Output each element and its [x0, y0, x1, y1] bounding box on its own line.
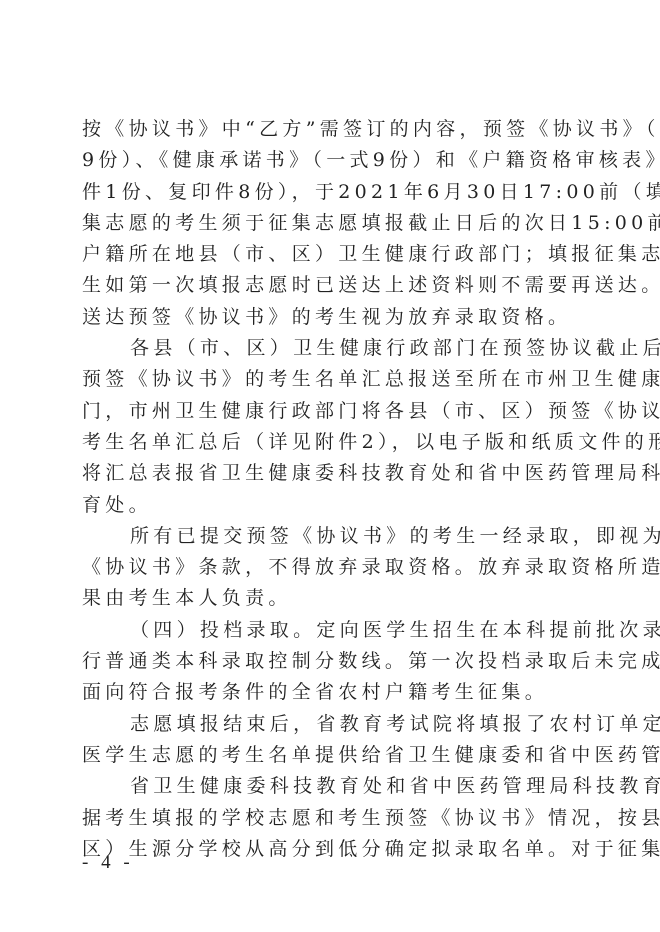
text-line: 9份）、《健康承诺书》（一式9份）和《户籍资格审核表》（原: [82, 145, 582, 176]
text-line: 所有已提交预签《协议书》的考生一经录取，即视为同意该: [82, 521, 582, 552]
text-line: 按《协议书》中“乙方”需签订的内容，预签《协议书》（一式: [82, 114, 582, 145]
text-line: 果由考生本人负责。: [82, 583, 582, 614]
text-line: 省卫生健康委科技教育处和省中医药管理局科技教育处根: [82, 771, 582, 802]
document-body: 按《协议书》中“乙方”需签订的内容，预签《协议书》（一式9份）、《健康承诺书》（…: [82, 114, 582, 865]
text-line: 集志愿的考生须于征集志愿填报截止日后的次日15:00前）送达: [82, 208, 582, 239]
text-line: 将汇总表报省卫生健康委科技教育处和省中医药管理局科技教: [82, 458, 582, 489]
text-line: 医学生志愿的考生名单提供给省卫生健康委和省中医药管理局。: [82, 740, 582, 771]
text-line: 行普通类本科录取控制分数线。第一次投档录取后未完成的计划: [82, 646, 582, 677]
text-line: 件1份、复印件8份），于2021年6月30日17:00前（填报征: [82, 177, 582, 208]
text-line: 户籍所在地县（市、区）卫生健康行政部门；填报征集志愿的考: [82, 239, 582, 270]
text-line: 面向符合报考条件的全省农村户籍考生征集。: [82, 677, 582, 708]
page-number: - 4 -: [82, 852, 134, 874]
text-line: 预签《协议书》的考生名单汇总报送至所在市州卫生健康行政部: [82, 364, 582, 395]
text-line: 考生名单汇总后（详见附件2），以电子版和纸质文件的形式，: [82, 427, 582, 458]
text-line: 志愿填报结束后，省教育考试院将填报了农村订单定向免费: [82, 709, 582, 740]
text-line: 送达预签《协议书》的考生视为放弃录取资格。: [82, 302, 582, 333]
text-line: （四）投档录取。定向医学生招生在本科提前批次录取，执: [82, 615, 582, 646]
text-line: 据考生填报的学校志愿和考生预签《协议书》情况，按县（市、: [82, 803, 582, 834]
text-line: 《协议书》条款，不得放弃录取资格。放弃录取资格所造成的后: [82, 552, 582, 583]
document-page: 按《协议书》中“乙方”需签订的内容，预签《协议书》（一式9份）、《健康承诺书》（…: [0, 0, 660, 932]
text-line: 各县（市、区）卫生健康行政部门在预签协议截止后，将已: [82, 333, 582, 364]
text-line: 生如第一次填报志愿时已送达上述资料则不需要再送达。未按时: [82, 270, 582, 301]
text-line: 育处。: [82, 490, 582, 521]
text-line: 区）生源分学校从高分到低分确定拟录取名单。对于征集志愿，: [82, 834, 582, 865]
text-line: 门，市州卫生健康行政部门将各县（市、区）预签《协议书》的: [82, 396, 582, 427]
